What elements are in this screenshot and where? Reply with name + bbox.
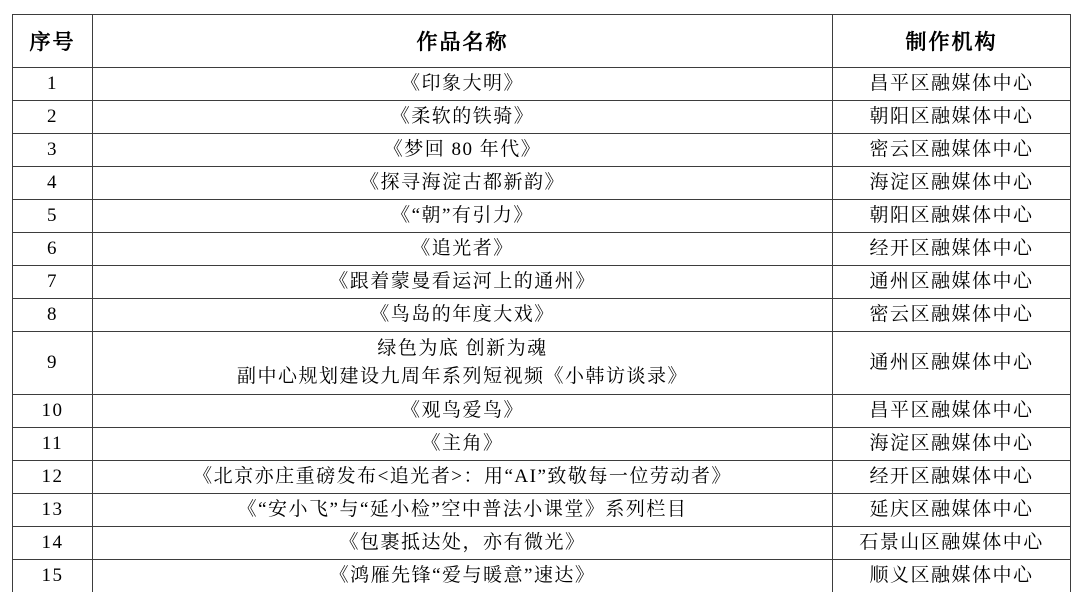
row-index-cell: 13 <box>13 494 93 527</box>
work-title-cell: 《“朝”有引力》 <box>93 200 833 233</box>
row-index-cell: 9 <box>13 332 93 395</box>
row-index-cell: 15 <box>13 560 93 592</box>
producer-cell: 密云区融媒体中心 <box>833 134 1071 167</box>
work-title-cell: 《观鸟爱鸟》 <box>93 395 833 428</box>
row-index-cell: 11 <box>13 428 93 461</box>
row-index-cell: 8 <box>13 299 93 332</box>
table-row: 4 《探寻海淀古都新韵》 海淀区融媒体中心 <box>13 167 1071 200</box>
table-row: 15 《鸿雁先锋“爱与暖意”速达》 顺义区融媒体中心 <box>13 560 1071 592</box>
table-row: 9 绿色为底 创新为魂 副中心规划建设九周年系列短视频《小韩访谈录》 通州区融媒… <box>13 332 1071 395</box>
producer-cell: 通州区融媒体中心 <box>833 332 1071 395</box>
works-table: 序号 作品名称 制作机构 1 《印象大明》 昌平区融媒体中心 2 《柔软的铁骑》… <box>12 14 1071 592</box>
header-index: 序号 <box>13 15 93 68</box>
work-title-cell: 《追光者》 <box>93 233 833 266</box>
producer-cell: 顺义区融媒体中心 <box>833 560 1071 592</box>
table-row: 13 《“安小飞”与“延小检”空中普法小课堂》系列栏目 延庆区融媒体中心 <box>13 494 1071 527</box>
producer-cell: 昌平区融媒体中心 <box>833 395 1071 428</box>
table-row: 10 《观鸟爱鸟》 昌平区融媒体中心 <box>13 395 1071 428</box>
table-row: 14 《包裹抵达处，亦有微光》 石景山区融媒体中心 <box>13 527 1071 560</box>
table-row: 1 《印象大明》 昌平区融媒体中心 <box>13 68 1071 101</box>
work-title-cell: 《印象大明》 <box>93 68 833 101</box>
producer-cell: 朝阳区融媒体中心 <box>833 101 1071 134</box>
header-producer: 制作机构 <box>833 15 1071 68</box>
producer-cell: 海淀区融媒体中心 <box>833 167 1071 200</box>
work-title-cell: 《鸿雁先锋“爱与暖意”速达》 <box>93 560 833 592</box>
row-index-cell: 7 <box>13 266 93 299</box>
table-body: 1 《印象大明》 昌平区融媒体中心 2 《柔软的铁骑》 朝阳区融媒体中心 3 《… <box>13 68 1071 592</box>
table-row: 12 《北京亦庄重磅发布<追光者>：用“AI”致敬每一位劳动者》 经开区融媒体中… <box>13 461 1071 494</box>
work-title-cell: 《梦回 80 年代》 <box>93 134 833 167</box>
work-title-cell: 《跟着蒙曼看运河上的通州》 <box>93 266 833 299</box>
table-row: 5 《“朝”有引力》 朝阳区融媒体中心 <box>13 200 1071 233</box>
producer-cell: 通州区融媒体中心 <box>833 266 1071 299</box>
row-index-cell: 5 <box>13 200 93 233</box>
page: 序号 作品名称 制作机构 1 《印象大明》 昌平区融媒体中心 2 《柔软的铁骑》… <box>0 0 1080 592</box>
producer-cell: 经开区融媒体中心 <box>833 461 1071 494</box>
work-title-cell: 《北京亦庄重磅发布<追光者>：用“AI”致敬每一位劳动者》 <box>93 461 833 494</box>
producer-cell: 朝阳区融媒体中心 <box>833 200 1071 233</box>
work-title-cell: 《鸟岛的年度大戏》 <box>93 299 833 332</box>
producer-cell: 密云区融媒体中心 <box>833 299 1071 332</box>
table-row: 8 《鸟岛的年度大戏》 密云区融媒体中心 <box>13 299 1071 332</box>
producer-cell: 海淀区融媒体中心 <box>833 428 1071 461</box>
work-title-cell: 《柔软的铁骑》 <box>93 101 833 134</box>
row-index-cell: 14 <box>13 527 93 560</box>
producer-cell: 经开区融媒体中心 <box>833 233 1071 266</box>
table-row: 2 《柔软的铁骑》 朝阳区融媒体中心 <box>13 101 1071 134</box>
table-row: 6 《追光者》 经开区融媒体中心 <box>13 233 1071 266</box>
work-title-cell: 《“安小飞”与“延小检”空中普法小课堂》系列栏目 <box>93 494 833 527</box>
table-row: 7 《跟着蒙曼看运河上的通州》 通州区融媒体中心 <box>13 266 1071 299</box>
work-title-cell: 《主角》 <box>93 428 833 461</box>
producer-cell: 石景山区融媒体中心 <box>833 527 1071 560</box>
header-title: 作品名称 <box>93 15 833 68</box>
table-row: 11 《主角》 海淀区融媒体中心 <box>13 428 1071 461</box>
header-row: 序号 作品名称 制作机构 <box>13 15 1071 68</box>
row-index-cell: 2 <box>13 101 93 134</box>
row-index-cell: 6 <box>13 233 93 266</box>
table-header: 序号 作品名称 制作机构 <box>13 15 1071 68</box>
work-title-cell: 《包裹抵达处，亦有微光》 <box>93 527 833 560</box>
row-index-cell: 12 <box>13 461 93 494</box>
work-title-cell: 《探寻海淀古都新韵》 <box>93 167 833 200</box>
producer-cell: 延庆区融媒体中心 <box>833 494 1071 527</box>
row-index-cell: 10 <box>13 395 93 428</box>
row-index-cell: 3 <box>13 134 93 167</box>
table-row: 3 《梦回 80 年代》 密云区融媒体中心 <box>13 134 1071 167</box>
producer-cell: 昌平区融媒体中心 <box>833 68 1071 101</box>
row-index-cell: 1 <box>13 68 93 101</box>
row-index-cell: 4 <box>13 167 93 200</box>
work-title-cell: 绿色为底 创新为魂 副中心规划建设九周年系列短视频《小韩访谈录》 <box>93 332 833 395</box>
